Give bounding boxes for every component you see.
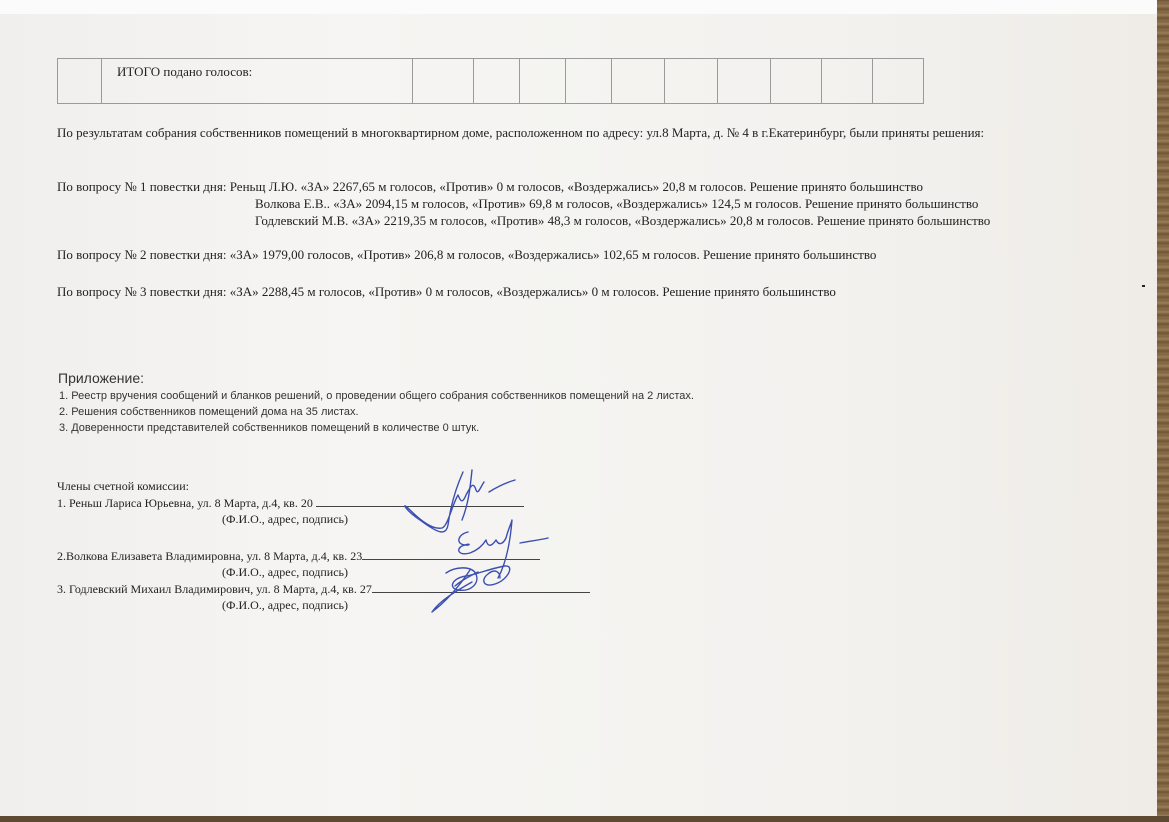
member-2-text: 2.Волкова Елизавета Владимировна, ул. 8 … (57, 549, 362, 563)
document-page: ИТОГО подано голосов: По результатам соб… (0, 0, 1157, 816)
question-1: По вопросу № 1 повестки дня: Реньщ Л.Ю. … (57, 178, 990, 229)
speck-mark (1142, 285, 1145, 287)
vote-cell (822, 59, 873, 104)
member-2-hint: (Ф.И.О., адрес, подпись) (57, 564, 590, 580)
appendix-list: 1. Реестр вручения сообщений и бланков р… (59, 388, 694, 436)
question-1-line-3: Годлевский М.В. «ЗА» 2219,35 м голосов, … (57, 212, 990, 229)
totals-label: ИТОГО подано голосов: (102, 59, 413, 104)
vote-cell (413, 59, 474, 104)
vote-cell (520, 59, 566, 104)
desk-edge-bottom (0, 816, 1169, 822)
vote-cell (566, 59, 612, 104)
vote-cell (771, 59, 822, 104)
spacer (57, 527, 590, 547)
signature-line-2 (362, 547, 540, 560)
member-3-hint: (Ф.И.О., адрес, подпись) (57, 597, 590, 613)
member-3-text: 3. Годлевский Михаил Владимирович, ул. 8… (57, 582, 372, 596)
signature-line-1 (316, 494, 524, 507)
member-1-hint: (Ф.И.О., адрес, подпись) (57, 511, 590, 527)
commission-member-1: 1. Реньш Лариса Юрьевна, ул. 8 Марта, д.… (57, 494, 590, 511)
question-1-prefix: По вопросу № 1 повестки дня: (57, 179, 230, 194)
desk-edge (1157, 0, 1169, 822)
commission-member-3: 3. Годлевский Михаил Владимирович, ул. 8… (57, 580, 590, 597)
vote-cell (665, 59, 718, 104)
counting-commission: Члены счетной комиссии: 1. Реньш Лариса … (57, 478, 590, 613)
appendix-title: Приложение: (58, 370, 144, 386)
question-3: По вопросу № 3 повестки дня: «ЗА» 2288,4… (57, 283, 836, 300)
commission-member-2: 2.Волкова Елизавета Владимировна, ул. 8 … (57, 547, 590, 564)
question-1-line-2: Волкова Е.В.. «ЗА» 2094,15 м голосов, «П… (57, 195, 990, 212)
intro-paragraph: По результатам собрания собственников по… (57, 124, 1107, 141)
vote-cell (612, 59, 665, 104)
vote-cell (718, 59, 771, 104)
signature-line-3 (372, 580, 590, 593)
vote-cell (474, 59, 520, 104)
page-top-band (0, 0, 1157, 14)
member-1-text: 1. Реньш Лариса Юрьевна, ул. 8 Марта, д.… (57, 496, 316, 510)
appendix-item: 3. Доверенности представителей собственн… (59, 420, 694, 436)
vote-cell (873, 59, 924, 104)
totals-row: ИТОГО подано голосов: (58, 59, 924, 104)
totals-table: ИТОГО подано голосов: (57, 58, 924, 104)
question-1-line-1: Реньщ Л.Ю. «ЗА» 2267,65 м голосов, «Прот… (230, 179, 923, 194)
question-2: По вопросу № 2 повестки дня: «ЗА» 1979,0… (57, 246, 876, 263)
appendix-item: 2. Решения собственников помещений дома … (59, 404, 694, 420)
appendix-item: 1. Реестр вручения сообщений и бланков р… (59, 388, 694, 404)
commission-title: Члены счетной комиссии: (57, 478, 590, 494)
number-cell (58, 59, 102, 104)
